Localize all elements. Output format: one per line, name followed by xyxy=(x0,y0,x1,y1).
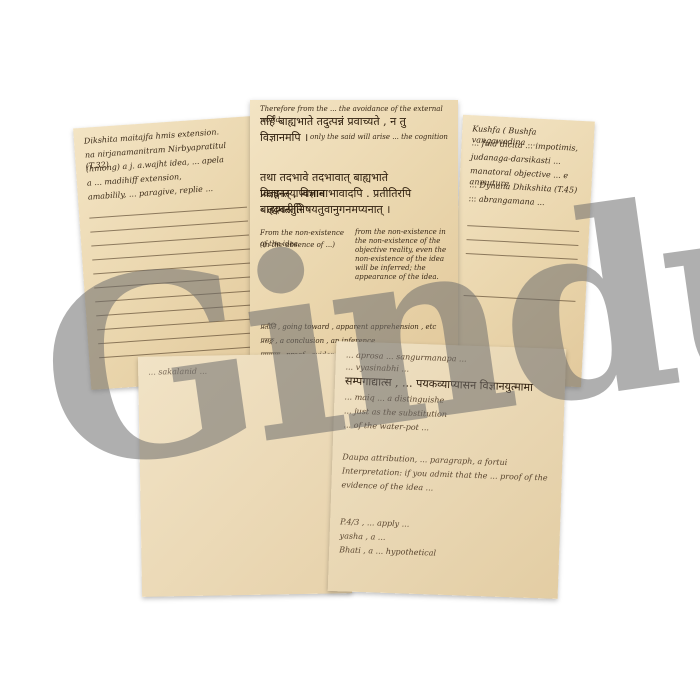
manuscript-page-1: Dikshita maitajfa hmis extension. na nir… xyxy=(73,116,269,390)
page-text: only the said will arise ... the cogniti… xyxy=(310,132,448,143)
manuscript-page-5: ... aprosa ... sangurmanapa ... ... vyas… xyxy=(328,341,567,599)
page-text: (in the absence of ...) xyxy=(260,240,348,251)
page-text: - तदवस्तुनिषयतुवानुगनमप्यनात् । xyxy=(260,202,448,218)
page-text: ... sakalanid ... xyxy=(148,363,338,377)
manuscript-page-4: ... sakalanid ... xyxy=(138,353,352,597)
page-text: from the non-existence in the non-existe… xyxy=(355,228,448,282)
manuscript-page-2: Therefore from the ... the avoidance of … xyxy=(250,100,458,360)
page-text: प्रतीति , going toward , apparent appreh… xyxy=(260,322,448,333)
